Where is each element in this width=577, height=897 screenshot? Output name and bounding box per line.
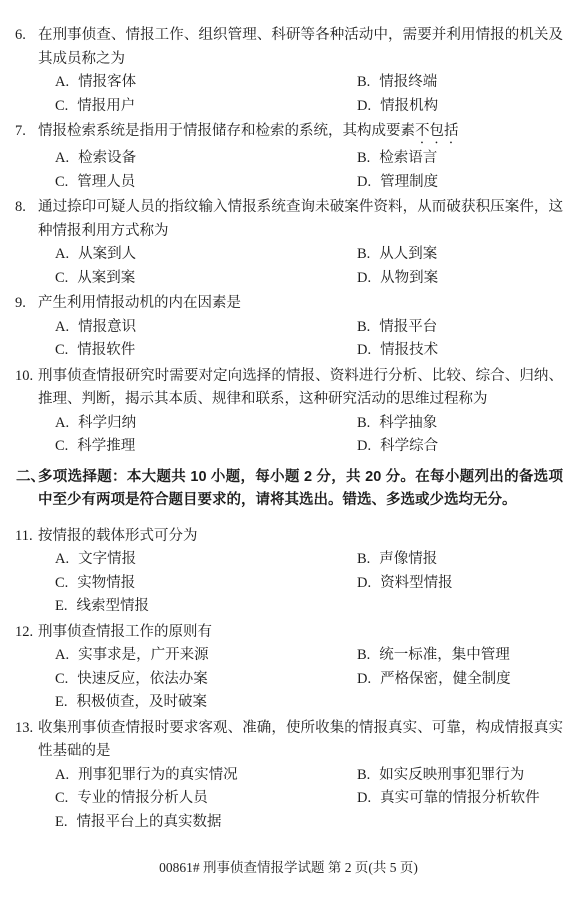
question-text-emphasized: 不包括 — [415, 123, 459, 139]
option-letter: D. — [357, 668, 371, 692]
option-letter: A. — [55, 147, 69, 171]
option-text: 刑事犯罪行为的真实情况 — [78, 767, 238, 783]
option-text: 情报软件 — [77, 342, 135, 358]
option-d: D.真实可靠的情报分析软件 — [357, 787, 563, 811]
question-text: 在刑事侦查、情报工作、组织管理、科研等各种活动中，需要并利用情报的机关及其成员称… — [38, 24, 563, 71]
option-text: 实事求是，广开来源 — [78, 647, 209, 663]
option-e: E.情报平台上的真实数据 — [55, 811, 357, 835]
question-text: 按情报的载体形式可分为 — [38, 525, 563, 549]
option-letter: B. — [357, 412, 370, 436]
question-number: 7. — [15, 120, 26, 144]
option-a: A.刑事犯罪行为的真实情况 — [55, 764, 357, 788]
option-d: D.科学综合 — [357, 435, 563, 459]
option-text: 积极侦查，及时破案 — [76, 694, 207, 710]
option-letter: D. — [357, 267, 371, 291]
option-text: 情报意识 — [78, 319, 136, 335]
section-label: 二、 — [16, 466, 45, 490]
option-e: E.积极侦查，及时破案 — [55, 691, 357, 715]
option-letter: C. — [55, 435, 68, 459]
option-text: 科学推理 — [77, 438, 135, 454]
option-d: D.从物到案 — [357, 267, 563, 291]
option-text: 情报终端 — [379, 74, 437, 90]
option-a: A.检索设备 — [55, 147, 357, 171]
option-a: A.文字情报 — [55, 548, 357, 572]
option-c: C.管理人员 — [55, 171, 357, 195]
option-text: 严格保密，健全制度 — [380, 671, 511, 687]
option-b: B.如实反映刑事犯罪行为 — [357, 764, 563, 788]
question-number: 10. — [15, 365, 33, 389]
question-options: A.文字情报 B.声像情报 C.实物情报 D.资料型情报 E.线索型情报 — [55, 548, 563, 619]
option-letter: A. — [55, 316, 69, 340]
option-text: 情报平台 — [379, 319, 437, 335]
question-7: 7. 情报检索系统是指用于情报储存和检索的系统，其构成要素不包括 A.检索设备 … — [15, 120, 563, 194]
option-text: 情报用户 — [77, 98, 135, 114]
option-letter: E. — [55, 691, 67, 715]
option-letter: A. — [55, 644, 69, 668]
question-6: 6. 在刑事侦查、情报工作、组织管理、科研等各种活动中，需要并利用情报的机关及其… — [15, 24, 563, 118]
option-letter: B. — [357, 71, 370, 95]
option-letter: D. — [357, 339, 371, 363]
option-text: 从人到案 — [379, 246, 437, 262]
option-c: C.情报用户 — [55, 95, 357, 119]
option-d: D.情报机构 — [357, 95, 563, 119]
option-text: 管理人员 — [77, 174, 135, 190]
option-letter: B. — [357, 548, 370, 572]
option-c: C.科学推理 — [55, 435, 357, 459]
option-letter: E. — [55, 811, 67, 835]
question-options: A.情报客体 B.情报终端 C.情报用户 D.情报机构 — [55, 71, 563, 118]
option-text: 情报平台上的真实数据 — [76, 814, 221, 830]
option-text: 情报机构 — [380, 98, 438, 114]
option-letter: D. — [357, 171, 371, 195]
option-letter: A. — [55, 71, 69, 95]
section-text: 多项选择题：本大题共 10 小题，每小题 2 分，共 20 分。在每小题列出的备… — [38, 466, 563, 513]
section-heading: 二、 多项选择题：本大题共 10 小题，每小题 2 分，共 20 分。在每小题列… — [15, 466, 563, 513]
option-text: 检索语言 — [379, 150, 437, 166]
option-text: 文字情报 — [78, 551, 136, 567]
question-options: A.刑事犯罪行为的真实情况 B.如实反映刑事犯罪行为 C.专业的情报分析人员 D… — [55, 764, 563, 835]
option-c: C.快速反应，依法办案 — [55, 668, 357, 692]
option-d: D.严格保密，健全制度 — [357, 668, 563, 692]
option-letter: C. — [55, 171, 68, 195]
option-text: 专业的情报分析人员 — [77, 790, 208, 806]
question-options: A.科学归纳 B.科学抽象 C.科学推理 D.科学综合 — [55, 412, 563, 459]
question-10: 10. 刑事侦查情报研究时需要对定向选择的情报、资料进行分析、比较、综合、归纳、… — [15, 365, 563, 459]
question-text: 通过捺印可疑人员的指纹输入情报系统查询未破案件资料，从而破获积压案件，这种情报利… — [38, 196, 563, 243]
page-footer: 00861# 刑事侦查情报学试题 第 2 页(共 5 页) — [0, 856, 577, 880]
question-number: 9. — [15, 292, 26, 316]
question-8: 8. 通过捺印可疑人员的指纹输入情报系统查询未破案件资料，从而破获积压案件，这种… — [15, 196, 563, 290]
option-text: 检索设备 — [78, 150, 136, 166]
option-text: 科学抽象 — [379, 415, 437, 431]
option-letter: B. — [357, 316, 370, 340]
option-letter: A. — [55, 243, 69, 267]
question-9: 9. 产生利用情报动机的内在因素是 A.情报意识 B.情报平台 C.情报软件 D… — [15, 292, 563, 363]
option-d: D.管理制度 — [357, 171, 563, 195]
option-c: C.情报软件 — [55, 339, 357, 363]
option-text: 线索型情报 — [76, 598, 149, 614]
option-a: A.实事求是，广开来源 — [55, 644, 357, 668]
option-letter: B. — [357, 147, 370, 171]
option-a: A.情报意识 — [55, 316, 357, 340]
question-number: 8. — [15, 196, 26, 220]
option-text: 从案到案 — [77, 270, 135, 286]
option-text: 从物到案 — [380, 270, 438, 286]
option-letter: D. — [357, 435, 371, 459]
option-text: 从案到人 — [78, 246, 136, 262]
option-b: B.情报平台 — [357, 316, 563, 340]
option-text: 声像情报 — [379, 551, 437, 567]
option-text: 资料型情报 — [380, 575, 453, 591]
option-c: C.从案到案 — [55, 267, 357, 291]
option-c: C.实物情报 — [55, 572, 357, 596]
option-text: 真实可靠的情报分析软件 — [380, 790, 540, 806]
option-letter: A. — [55, 764, 69, 788]
option-letter: C. — [55, 787, 68, 811]
option-b: B.统一标准，集中管理 — [357, 644, 563, 668]
option-text: 情报客体 — [78, 74, 136, 90]
option-text: 快速反应，依法办案 — [77, 671, 208, 687]
option-b: B.声像情报 — [357, 548, 563, 572]
question-options: A.从案到人 B.从人到案 C.从案到案 D.从物到案 — [55, 243, 563, 290]
question-text: 收集刑事侦查情报时要求客观、准确，使所收集的情报真实、可靠，构成情报真实性基础的… — [38, 717, 563, 764]
option-letter: C. — [55, 95, 68, 119]
option-e: E.线索型情报 — [55, 595, 357, 619]
option-a: A.从案到人 — [55, 243, 357, 267]
option-letter: B. — [357, 243, 370, 267]
option-text: 统一标准，集中管理 — [379, 647, 510, 663]
question-options: A.检索设备 B.检索语言 C.管理人员 D.管理制度 — [55, 147, 563, 194]
option-letter: C. — [55, 267, 68, 291]
question-number: 12. — [15, 621, 33, 645]
option-d: D.情报技术 — [357, 339, 563, 363]
question-options: A.实事求是，广开来源 B.统一标准，集中管理 C.快速反应，依法办案 D.严格… — [55, 644, 563, 715]
question-text: 刑事侦查情报工作的原则有 — [38, 621, 563, 645]
option-letter: A. — [55, 548, 69, 572]
question-text: 产生利用情报动机的内在因素是 — [38, 292, 563, 316]
option-letter: E. — [55, 595, 67, 619]
option-text: 实物情报 — [77, 575, 135, 591]
option-c: C.专业的情报分析人员 — [55, 787, 357, 811]
question-text: 情报检索系统是指用于情报储存和检索的系统，其构成要素不包括 — [38, 120, 563, 147]
question-text: 刑事侦查情报研究时需要对定向选择的情报、资料进行分析、比较、综合、归纳、推理、判… — [38, 365, 563, 412]
option-b: B.从人到案 — [357, 243, 563, 267]
exam-page: 6. 在刑事侦查、情报工作、组织管理、科研等各种活动中，需要并利用情报的机关及其… — [0, 0, 577, 897]
option-text: 管理制度 — [380, 174, 438, 190]
option-letter: B. — [357, 764, 370, 788]
option-letter: A. — [55, 412, 69, 436]
question-13: 13. 收集刑事侦查情报时要求客观、准确，使所收集的情报真实、可靠，构成情报真实… — [15, 717, 563, 835]
option-text: 科学归纳 — [78, 415, 136, 431]
option-text: 科学综合 — [380, 438, 438, 454]
option-letter: B. — [357, 644, 370, 668]
option-b: B.情报终端 — [357, 71, 563, 95]
option-letter: C. — [55, 572, 68, 596]
question-text-part: 情报检索系统是指用于情报储存和检索的系统，其构成要素 — [38, 123, 415, 139]
option-text: 情报技术 — [380, 342, 438, 358]
question-11: 11. 按情报的载体形式可分为 A.文字情报 B.声像情报 C.实物情报 D.资… — [15, 525, 563, 619]
option-letter: D. — [357, 572, 371, 596]
option-a: A.科学归纳 — [55, 412, 357, 436]
option-b: B.科学抽象 — [357, 412, 563, 436]
question-12: 12. 刑事侦查情报工作的原则有 A.实事求是，广开来源 B.统一标准，集中管理… — [15, 621, 563, 715]
option-d: D.资料型情报 — [357, 572, 563, 596]
question-number: 13. — [15, 717, 33, 741]
option-letter: C. — [55, 339, 68, 363]
question-number: 6. — [15, 24, 26, 48]
option-a: A.情报客体 — [55, 71, 357, 95]
option-letter: D. — [357, 787, 371, 811]
option-letter: D. — [357, 95, 371, 119]
option-text: 如实反映刑事犯罪行为 — [379, 767, 524, 783]
question-options: A.情报意识 B.情报平台 C.情报软件 D.情报技术 — [55, 316, 563, 363]
question-number: 11. — [15, 525, 33, 549]
option-letter: C. — [55, 668, 68, 692]
option-b: B.检索语言 — [357, 147, 563, 171]
